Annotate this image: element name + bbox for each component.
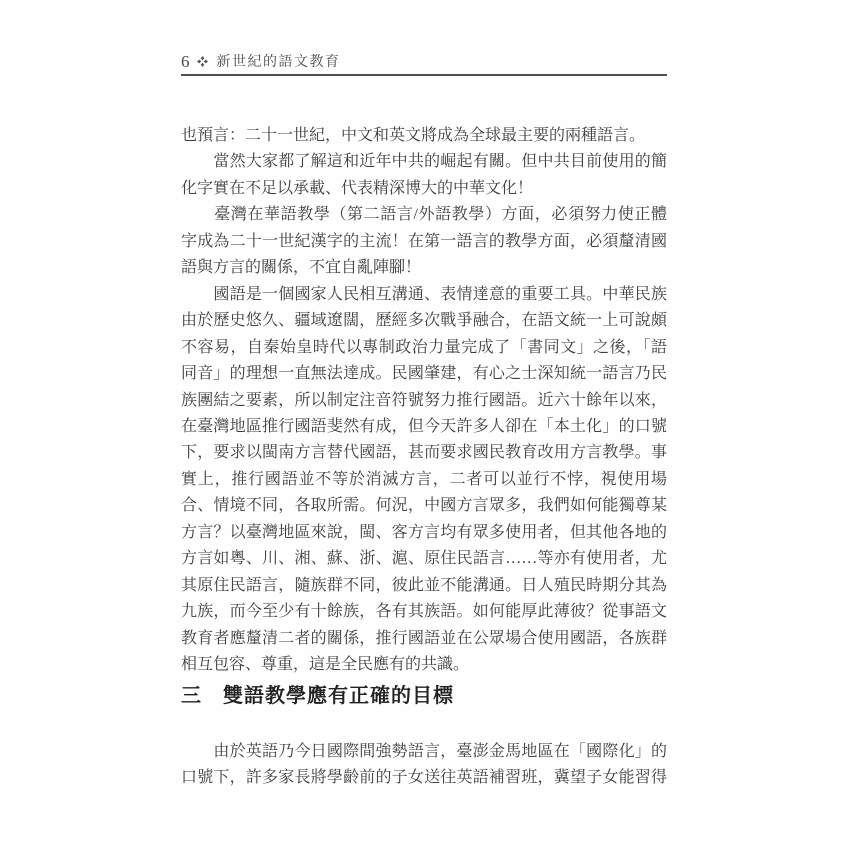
- text-line: 化字實在不足以承載、代表精深博大的中華文化！: [181, 176, 667, 202]
- text-line: 同音」的理想一直無法達成。民國肇建，有心之士深知統一語言乃民: [181, 361, 667, 387]
- text-line: 下，要求以閩南方言替代國語，甚而要求國民教育改用方言教學。事: [181, 440, 667, 466]
- text-line: 也預言：二十一世紀，中文和英文將成為全球最主要的兩種語言。: [181, 123, 667, 149]
- text-line: 其原住民語言，隨族群不同，彼此並不能溝通。日人殖民時期分其為: [181, 573, 667, 599]
- section-heading: 三雙語教學應有正確的目標: [181, 682, 454, 710]
- text-line: 教育者應釐清二者的關係，推行國語並在公眾場合使用國語，各族群: [181, 626, 667, 652]
- text-line: 臺灣在華語教學（第二語言/外語教學）方面，必須努力使正體: [181, 202, 667, 228]
- text-line: 由於英語乃今日國際間強勢語言，臺澎金馬地區在「國際化」的: [181, 739, 667, 765]
- text-line: 口號下，許多家長將學齡前的子女送往英語補習班，冀望子女能習得: [181, 765, 667, 791]
- text-line: 方言如粵、川、湘、蘇、浙、滬、原住民語言……等亦有使用者，尤: [181, 546, 667, 572]
- text-line: 相互包容、尊重，這是全民應有的共識。: [181, 652, 667, 678]
- text-line: 在臺灣地區推行國語斐然有成，但今天許多人卻在「本土化」的口號: [181, 414, 667, 440]
- section-number: 三: [181, 685, 202, 707]
- text-line: 實上，推行國語並不等於消滅方言，二者可以並行不悖，視使用場: [181, 467, 667, 493]
- text-line: 合、情境不同，各取所需。何況，中國方言眾多，我們如何能獨尊某: [181, 493, 667, 519]
- book-title: 新世紀的語文教育: [217, 51, 341, 71]
- body-text: 也預言：二十一世紀，中文和英文將成為全球最主要的兩種語言。 當然大家都了解這和近…: [181, 123, 667, 679]
- text-line: 由於歷史悠久、疆域遼闊，歷經多次戰爭融合，在語文統一上可說頗: [181, 308, 667, 334]
- body-text-after-heading: 由於英語乃今日國際間強勢語言，臺澎金馬地區在「國際化」的 口號下，許多家長將學齡…: [181, 739, 667, 792]
- page-header: 6 新世紀的語文教育: [181, 51, 667, 71]
- text-line: 字成為二十一世紀漢字的主流！在第一語言的教學方面，必須釐清國: [181, 229, 667, 255]
- four-diamond-icon: [197, 56, 208, 67]
- text-line: 族團結之要素，所以制定注音符號努力推行國語。近六十餘年以來，: [181, 388, 667, 414]
- text-line: 方言？以臺灣地區來說，閩、客方言均有眾多使用者，但其他各地的: [181, 520, 667, 546]
- header-rule: [181, 74, 667, 76]
- text-line: 九族，而今至少有十餘族，各有其族語。如何能厚此薄彼？從事語文: [181, 599, 667, 625]
- text-line: 不容易，自秦始皇時代以專制政治力量完成了「書同文」之後，「語: [181, 335, 667, 361]
- section-title: 雙語教學應有正確的目標: [223, 685, 454, 707]
- text-line: 當然大家都了解這和近年中共的崛起有關。但中共目前使用的簡: [181, 149, 667, 175]
- text-line: 國語是一個國家人民相互溝通、表情達意的重要工具。中華民族: [181, 282, 667, 308]
- page-number: 6: [181, 53, 190, 70]
- text-line: 語與方言的關係，不宜自亂陣腳！: [181, 255, 667, 281]
- book-page: 6 新世紀的語文教育 也預言：二十一世紀，中文和英文將成為全球最主要的兩種語言。…: [0, 0, 850, 850]
